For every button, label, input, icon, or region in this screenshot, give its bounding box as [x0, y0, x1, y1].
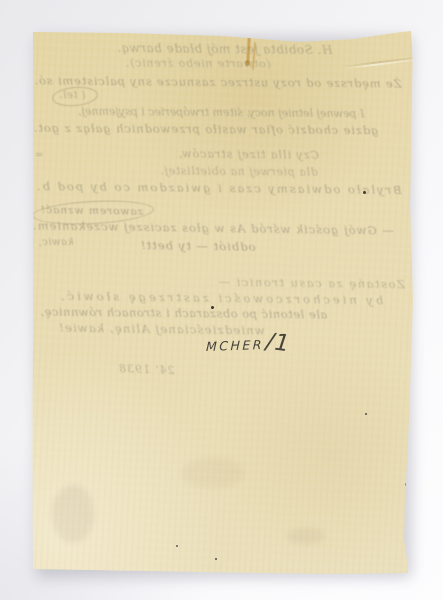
ink-speck	[363, 191, 366, 194]
bleedthrough-line: I pewnej letniej nocy, śitem trwóperiec …	[78, 105, 365, 120]
stain-smudge	[52, 485, 94, 543]
bleedthrough-line: ale letonić po obszarach i stronach równ…	[40, 304, 327, 321]
ink-speck	[211, 306, 214, 309]
archival-signature-text: MCHER	[206, 337, 264, 354]
bleedthrough-line: Zostańę za casu tronici —	[217, 275, 405, 292]
bleedthrough-line: Czy illa tizej straców,	[178, 147, 319, 161]
bleedthrough-line: H. Sobibta jest mój błade barwą.	[117, 41, 333, 57]
bleedthrough-line: =	[35, 150, 43, 161]
stain-smudge	[182, 458, 244, 488]
bleedthrough-line: odbiót — ty bett!	[140, 238, 256, 254]
scanned-document-photo: H. Sobibta jest mój błade barwą.(otwarte…	[0, 0, 443, 600]
bleedthrough-line: Brylało odwiasmy czas i gwiazdom co by p…	[35, 179, 402, 197]
ink-speck	[365, 413, 367, 415]
ink-speck	[245, 60, 250, 66]
bleedthrough-line: 24' 1938	[118, 362, 175, 377]
document-page: H. Sobibta jest mój błade barwą.(otwarte…	[32, 30, 413, 574]
archival-signature: MCHER /1	[206, 330, 290, 356]
ink-speck	[176, 545, 178, 547]
bleedthrough-line: kawic,	[38, 237, 74, 248]
stain-smudge	[287, 528, 325, 544]
ink-speck	[215, 558, 217, 560]
bleedthrough-handwriting-layer: H. Sobibta jest mój błade barwą.(otwarte…	[32, 30, 413, 574]
bleedthrough-line: dla pierwej na obietlistej.	[160, 164, 318, 178]
archival-signature-number: /1	[265, 329, 292, 358]
bleedthrough-line: gdzie chodzić ofiar wasiło przewodnich g…	[33, 121, 379, 137]
